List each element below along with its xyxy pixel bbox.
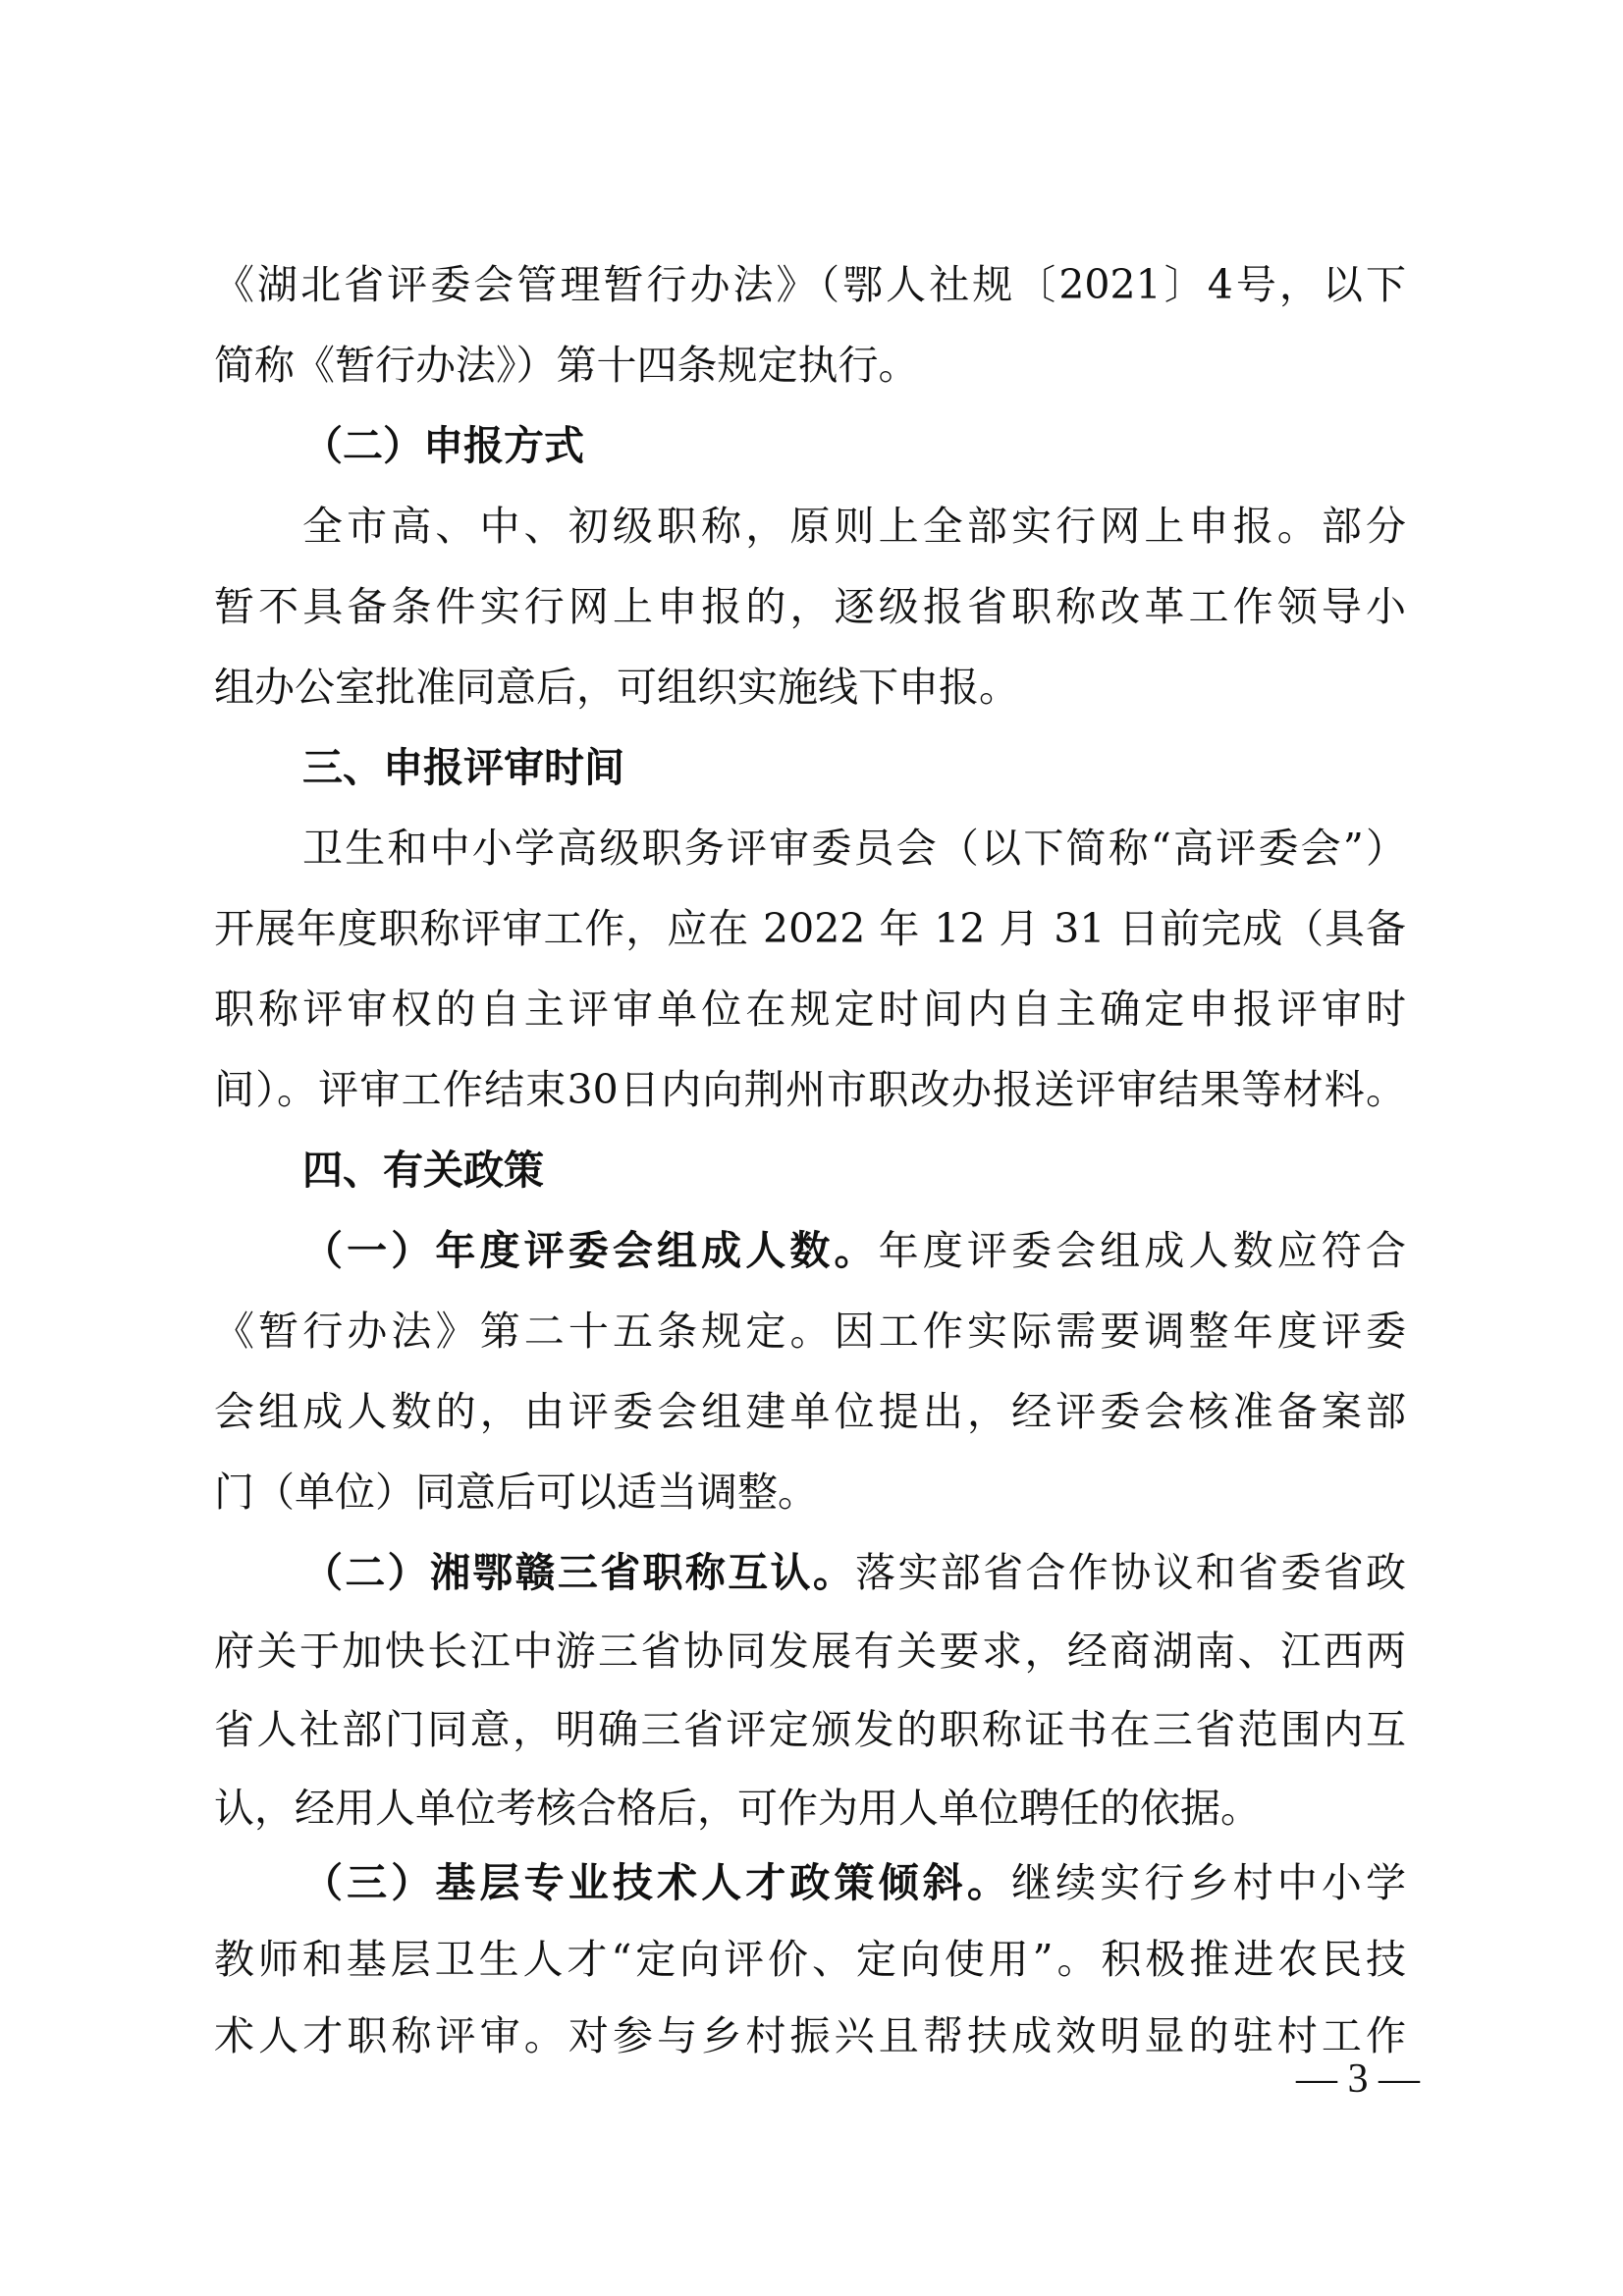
subsection-line: （一）年度评委会组成人数。年度评委会组成人数应符合 [302,1223,1406,1278]
document-page: 《湖北省评委会管理暂行办法》（鄂人社规〔2021〕4号，以下简称《暂行办法》）第… [0,0,1623,2296]
subsection-text: 继续实行乡村中小学 [1011,1859,1406,1906]
subsection-title: （三）基层专业技术人才政策倾斜。 [302,1859,1011,1906]
body-text-line: 认，经用人单位考核合格后，可作为用人单位聘任的依据。 [214,1781,1406,1836]
body-text-line: 全市高、中、初级职称，原则上全部实行网上申报。部分 [302,499,1406,554]
section-heading: 四、有关政策 [302,1143,1406,1198]
subsection-text: 落实部省合作协议和省委省政 [855,1549,1406,1596]
body-text-line: 简称《暂行办法》）第十四条规定执行。 [214,338,1406,393]
body-text-line: 《暂行办法》第二十五条规定。因工作实际需要调整年度评委 [214,1304,1406,1359]
subsection-title: （二）申报方式 [302,422,584,469]
body-text-line: 职称评审权的自主评审单位在规定时间内自主确定申报评审时 [214,982,1406,1037]
subsection-line: （二）申报方式 [302,418,1406,473]
body-text-line: 术人才职称评审。对参与乡村振兴且帮扶成效明显的驻村工作 [214,2008,1406,2063]
subsection-line: （二）湘鄂赣三省职称互认。落实部省合作协议和省委省政 [302,1545,1406,1600]
body-text-line: 会组成人数的，由评委会组建单位提出，经评委会核准备案部 [214,1384,1406,1439]
subsection-text: 年度评委会组成人数应符合 [879,1227,1406,1274]
body-text-line: 组办公室批准同意后，可组织实施线下申报。 [214,660,1406,715]
body-text-line: 开展年度职称评审工作，应在 2022 年 12 月 31 日前完成（具备 [214,901,1406,956]
page-number: — 3 — [1294,2052,1422,2107]
body-text-line: 卫生和中小学高级职务评审委员会（以下简称“高评委会”） [302,821,1406,876]
subsection-title: （二）湘鄂赣三省职称互认。 [302,1549,855,1596]
body-text-line: 门（单位）同意后可以适当调整。 [214,1465,1406,1520]
body-text-line: 省人社部门同意，明确三省评定颁发的职称证书在三省范围内互 [214,1702,1406,1757]
subsection-line: （三）基层专业技术人才政策倾斜。继续实行乡村中小学 [302,1855,1406,1910]
section-heading: 三、申报评审时间 [302,740,1406,795]
body-text-line: 教师和基层卫生人才“定向评价、定向使用”。积极推进农民技 [214,1932,1406,1987]
subsection-title: （一）年度评委会组成人数。 [302,1227,879,1274]
body-text-line: 《湖北省评委会管理暂行办法》（鄂人社规〔2021〕4号，以下 [214,257,1406,312]
body-text-line: 暂不具备条件实行网上申报的，逐级报省职称改革工作领导小 [214,579,1406,634]
body-text-line: 府关于加快长江中游三省协同发展有关要求，经商湖南、江西两 [214,1624,1406,1679]
body-text-line: 间）。评审工作结束30日内向荆州市职改办报送评审结果等材料。 [214,1062,1406,1117]
